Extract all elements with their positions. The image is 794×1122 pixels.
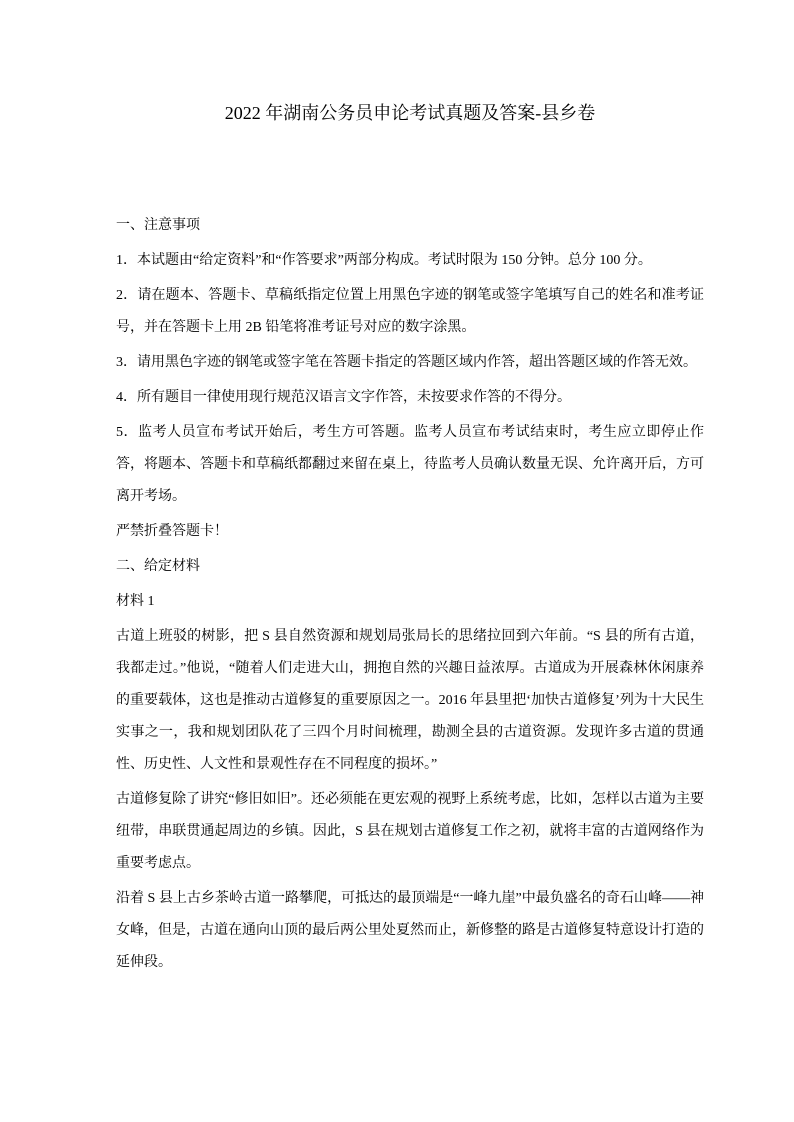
fold-warning: 严禁折叠答题卡！	[116, 516, 704, 548]
notice-item-4: 4．所有题目一律使用现行规范汉语言文字作答，未按要求作答的不得分。	[116, 382, 704, 414]
material-1-paragraph-2: 古道修复除了讲究“修旧如旧”。还必须能在更宏观的视野上系统考虑，比如，怎样以古道…	[116, 784, 704, 880]
material-1-paragraph-3: 沿着 S 县上古乡茶岭古道一路攀爬，可抵达的最顶端是“一峰九崖”中最负盛名的奇石…	[116, 883, 704, 979]
document-content: 2022 年湖南公务员申论考试真题及答案-县乡卷 一、注意事项 1．本试题由“给…	[0, 0, 794, 979]
notice-item-3: 3．请用黑色字迹的钢笔或签字笔在答题卡指定的答题区域内作答，超出答题区域的作答无…	[116, 347, 704, 379]
document-page: 2022 年湖南公务员申论考试真题及答案-县乡卷 一、注意事项 1．本试题由“给…	[0, 0, 794, 1122]
document-title: 2022 年湖南公务员申论考试真题及答案-县乡卷	[116, 100, 704, 126]
material-1-label: 材料 1	[116, 586, 704, 618]
materials-section-heading: 二、给定材料	[116, 551, 704, 583]
notice-item-2: 2．请在题本、答题卡、草稿纸指定位置上用黑色字迹的钢笔或签字笔填写自己的姓名和准…	[116, 280, 704, 344]
notice-item-1: 1．本试题由“给定资料”和“作答要求”两部分构成。考试时限为 150 分钟。总分…	[116, 245, 704, 277]
notes-section-heading: 一、注意事项	[116, 210, 704, 242]
notice-item-5: 5．监考人员宣布考试开始后，考生方可答题。监考人员宣布考试结束时，考生应立即停止…	[116, 417, 704, 513]
material-1-paragraph-1: 古道上班驳的树影，把 S 县自然资源和规划局张局长的思绪拉回到六年前。“S 县的…	[116, 621, 704, 781]
